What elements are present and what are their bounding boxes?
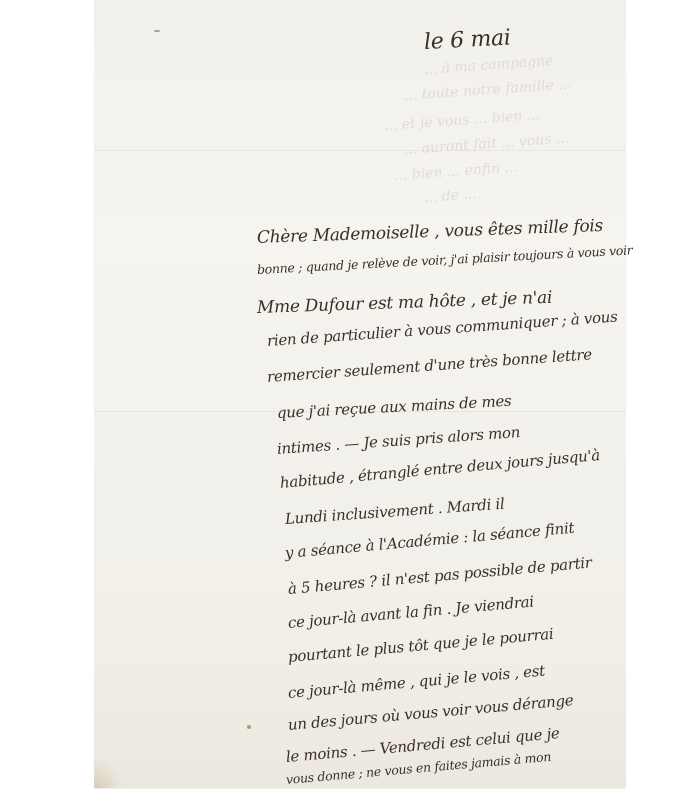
show-through-text: ... bien ... enfin ... <box>393 159 518 184</box>
letter-line: pourtant le plus tôt que je le pourrai <box>287 625 554 666</box>
letter-line: bonne ; quand je relève de voir, j'ai pl… <box>257 242 633 277</box>
letter-line: Lundi inclusivement . Mardi il <box>284 495 505 528</box>
letter-line: ce jour-là avant la fin . Je viendrai <box>287 593 534 632</box>
ink-spot <box>247 725 251 729</box>
show-through-text: ... à ma campagne <box>423 53 554 78</box>
show-through-text: ... auront fait ... vous ... <box>403 130 569 158</box>
letter-line: que j'ai reçue aux mains de mes <box>277 392 512 422</box>
letter-date: le 6 mai <box>423 25 511 55</box>
letter-line: Mme Dufour est ma hôte , et je n'ai <box>257 288 553 318</box>
paper-mark <box>154 30 160 32</box>
letter-line: remercier seulement d'une très bonne let… <box>266 345 592 386</box>
letter-line: Chère Mademoiselle , vous êtes mille foi… <box>257 216 604 248</box>
paper-crease <box>94 150 626 151</box>
letter-line: y a séance à l'Académie : la séance fini… <box>284 519 575 562</box>
letter-line: à 5 heures ? il n'est pas possible de pa… <box>287 553 592 597</box>
show-through-text: ... toute notre famille ... <box>403 76 572 104</box>
show-through-text: ... et je vous ... bien ... <box>383 107 540 134</box>
letter-paper: ... à ma campagne ... toute notre famill… <box>94 0 626 788</box>
paper-stain <box>94 758 124 788</box>
show-through-text: ... de ... <box>423 186 477 206</box>
letter-line: intimes . — Je suis pris alors mon <box>276 423 520 458</box>
